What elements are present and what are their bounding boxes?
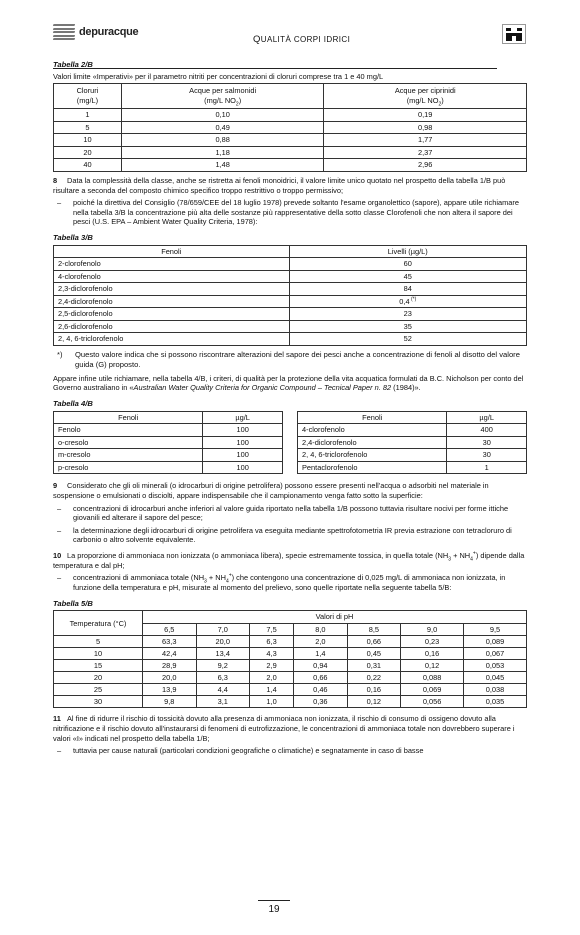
table-cell: 20,0 [196,636,250,648]
depuracque-logo: depuracque [53,24,138,40]
table-cell: 2,96 [324,159,527,172]
table-cell: 10 [54,134,122,147]
table-cell: 0,66 [294,672,348,684]
table-cell: 0,45 [347,648,401,660]
table-row: 50,490,98 [54,121,527,134]
table-cell: o-cresolo [54,436,203,449]
table-cell: 0,16 [401,648,464,660]
table-3b-caption: Tabella 3/B [53,233,527,243]
table-cell: 0,089 [464,636,527,648]
table-cell: 0,16 [347,684,401,696]
table-cell: 40 [54,159,122,172]
table-row: o-cresolo100 [54,436,283,449]
table-row: 2,5-diclorofenolo23 [54,308,527,321]
table-cell: 4,4 [196,684,250,696]
table-cell: 30 [447,449,527,462]
table-cell: 0,067 [464,648,527,660]
table-cell: 4-clorofenolo [54,270,290,283]
table-cell: 9,8 [143,696,197,708]
table-cell: 42,4 [143,648,197,660]
table-4b-caption: Tabella 4/B [53,399,527,409]
table-cell: 1,0 [250,696,294,708]
table-cell: 1,77 [324,134,527,147]
table-cell: Pentaclorofenolo [298,461,447,474]
table-cell: 13,4 [196,648,250,660]
table-2b: Cloruri(mg/L)Acque per salmonidi(mg/L NO… [53,83,527,172]
table-cell: 0,46 [294,684,348,696]
table-cell: 15 [54,660,143,672]
table-cell: 45 [289,270,526,283]
column-header: µg/L [203,411,283,424]
table-cell: 0,035 [464,696,527,708]
footer-divider [258,900,290,901]
table-cell: 1 [54,109,122,122]
table-cell: 2, 4, 6-triclorofenolo [298,449,447,462]
page-header: depuracque QUALITÀ CORPI IDRICI [53,24,527,44]
table-cell: 3,1 [196,696,250,708]
table-row: 4-clorofenolo45 [54,270,527,283]
table-cell: 1,4 [294,648,348,660]
table-cell: 2,6-diclorofenolo [54,320,290,333]
table-cell: 6,3 [196,672,250,684]
column-header: Acque per salmonidi(mg/L NO2) [121,84,324,109]
table-cell: 0,36 [294,696,348,708]
table-cell: 0,23 [401,636,464,648]
table-row: 401,482,96 [54,159,527,172]
table-cell: 2,4-diclorofenolo [298,436,447,449]
table-5b-caption: Tabella 5/B [53,599,527,609]
column-header: 7,0 [196,623,250,636]
table-row: 1042,413,44,31,40,450,160,067 [54,648,527,660]
table-cell: p-cresolo [54,461,203,474]
column-header: 9,5 [464,623,527,636]
table-cell: Fenolo [54,424,203,437]
table-row: 4-clorofenolo400 [298,424,527,437]
column-header: 8,0 [294,623,348,636]
table-row: 2,6-diclorofenolo35 [54,320,527,333]
table-cell: 2,5-diclorofenolo [54,308,290,321]
table-2b-description: Valori limite «Imperativi» per il parame… [53,72,527,82]
column-header: µg/L [447,411,527,424]
table-cell: 0,12 [347,696,401,708]
paragraph-8-bullet: poiché la direttiva del Consiglio (78/65… [57,198,527,227]
table-cell: 0,053 [464,660,527,672]
table-row: 2-clorofenolo60 [54,258,527,271]
table-row: p-cresolo100 [54,461,283,474]
table-row: 2020,06,32,00,660,220,0880,045 [54,672,527,684]
table-row: 2,3-diclorofenolo84 [54,283,527,296]
table-row: 1528,99,22,90,940,310,120,053 [54,660,527,672]
table-cell: 52 [289,333,526,346]
table-cell: 4,3 [250,648,294,660]
table-cell: 1,18 [121,146,324,159]
table-cell: 0,98 [324,121,527,134]
paragraph-appare: Appare infine utile richiamare, nella ta… [53,374,527,393]
table-cell: 100 [203,424,283,437]
column-header: Temperatura (°C) [54,611,143,636]
table-cell: 84 [289,283,526,296]
table-row: 100,881,77 [54,134,527,147]
table-row: 2, 4, 6-triclorofenolo52 [54,333,527,346]
publisher-mark-icon [502,24,526,44]
table-cell: 0,66 [347,636,401,648]
table-cell: 0,49 [121,121,324,134]
table-cell: 28,9 [143,660,197,672]
table-cell: 20 [54,146,122,159]
paragraph-11: 11Al fine di ridurre il rischio di tossi… [53,714,527,743]
column-header: 9,0 [401,623,464,636]
table-cell: 400 [447,424,527,437]
paragraph-9: 9Considerato che gli oli minerali (o idr… [53,481,527,500]
table-cell: 1,4 [250,684,294,696]
table-cell: 23 [289,308,526,321]
table-row: 2,4-diclorofenolo30 [298,436,527,449]
table-cell: m-cresolo [54,449,203,462]
table-3b: FenoliLivelli (µg/L) 2-clorofenolo604-cl… [53,245,527,346]
column-header: 8,5 [347,623,401,636]
table-cell: 4-clorofenolo [298,424,447,437]
table-cell: 9,2 [196,660,250,672]
table-cell: 2,4-diclorofenolo [54,295,290,308]
table-cell: 0,10 [121,109,324,122]
table-cell: 0,19 [324,109,527,122]
table-cell: 0,94 [294,660,348,672]
waves-icon [53,24,75,40]
table-2b-caption: Tabella 2/B [53,60,527,70]
table-cell: 0,31 [347,660,401,672]
table-cell: 0,088 [401,672,464,684]
column-header: Fenoli [54,411,203,424]
table-cell: 63,3 [143,636,197,648]
logo-text: depuracque [79,25,138,39]
table-cell: 0,038 [464,684,527,696]
table-cell: 20 [54,672,143,684]
page-number: 19 [258,903,290,916]
table-row: Fenolo100 [54,424,283,437]
paragraph-8: 8Data la complessità della classe, anche… [53,176,527,195]
table-cell: 100 [203,461,283,474]
table-cell: 1,48 [121,159,324,172]
table-cell: 2,3-diclorofenolo [54,283,290,296]
table-cell: 0,4 (*) [289,295,526,308]
table-4b-right: Fenoliµg/L4-clorofenolo4002,4-diclorofen… [297,411,527,475]
table-cell: 2,0 [250,672,294,684]
table-4b-left: Fenoliµg/LFenolo100o-cresolo100m-cresolo… [53,411,283,475]
table-cell: 10 [54,648,143,660]
table-row: m-cresolo100 [54,449,283,462]
table-cell: 2,0 [294,636,348,648]
table-cell: 13,9 [143,684,197,696]
table-cell: 30 [54,696,143,708]
header-title: QUALITÀ CORPI IDRICI [253,34,350,46]
table-cell: 100 [203,449,283,462]
table-cell: 0,12 [401,660,464,672]
table-cell: 2,9 [250,660,294,672]
table-cell: 6,3 [250,636,294,648]
header-row: Temperatura (°C)Valori di pH [54,611,527,624]
table-cell: 2,37 [324,146,527,159]
table-cell: 100 [203,436,283,449]
column-header: Fenoli [54,245,290,258]
paragraph-10: 10La proporzione di ammoniaca non ionizz… [53,551,527,570]
table-cell: 30 [447,436,527,449]
table-row: 2513,94,41,40,460,160,0690,038 [54,684,527,696]
table-row: 10,100,19 [54,109,527,122]
table-cell: 0,069 [401,684,464,696]
group-header: Valori di pH [143,611,527,624]
paragraph-9-bullet-2: la determinazione degli idrocarburi di o… [57,526,527,545]
column-header: 7,5 [250,623,294,636]
column-header: Livelli (µg/L) [289,245,526,258]
table-cell: 2, 4, 6-triclorofenolo [54,333,290,346]
table-cell: 60 [289,258,526,271]
table-3b-footnote: *)Questo valore indica che si possono ri… [57,350,527,370]
table-cell: 20,0 [143,672,197,684]
table-row: 201,182,37 [54,146,527,159]
paragraph-10-bullet: concentrazioni di ammoniaca totale (NH3 … [57,573,527,592]
column-header: Acque per ciprinidi(mg/L NO2) [324,84,527,109]
table-5b: Temperatura (°C)Valori di pH6,57,07,58,0… [53,610,527,708]
paragraph-9-bullet-1: concentrazioni di idrocarburi anche infe… [57,504,527,523]
table-row: Pentaclorofenolo1 [298,461,527,474]
table-row: 309,83,11,00,360,120,0560,035 [54,696,527,708]
table-row: 2, 4, 6-triclorofenolo30 [298,449,527,462]
table-row: 563,320,06,32,00,660,230,089 [54,636,527,648]
table-cell: 5 [54,636,143,648]
table-cell: 0,045 [464,672,527,684]
table-cell: 35 [289,320,526,333]
column-header: Fenoli [298,411,447,424]
table-cell: 25 [54,684,143,696]
table-cell: 2-clorofenolo [54,258,290,271]
table-cell: 1 [447,461,527,474]
paragraph-11-bullet: tuttavia per cause naturali (particolari… [57,746,527,756]
table-cell: 0,88 [121,134,324,147]
page-content: Tabella 2/B Valori limite «Imperativi» p… [53,60,527,756]
column-header: 6,5 [143,623,197,636]
table-cell: 0,22 [347,672,401,684]
table-row: 2,4-diclorofenolo0,4 (*) [54,295,527,308]
column-header: Cloruri(mg/L) [54,84,122,109]
table-cell: 0,056 [401,696,464,708]
table-cell: 5 [54,121,122,134]
